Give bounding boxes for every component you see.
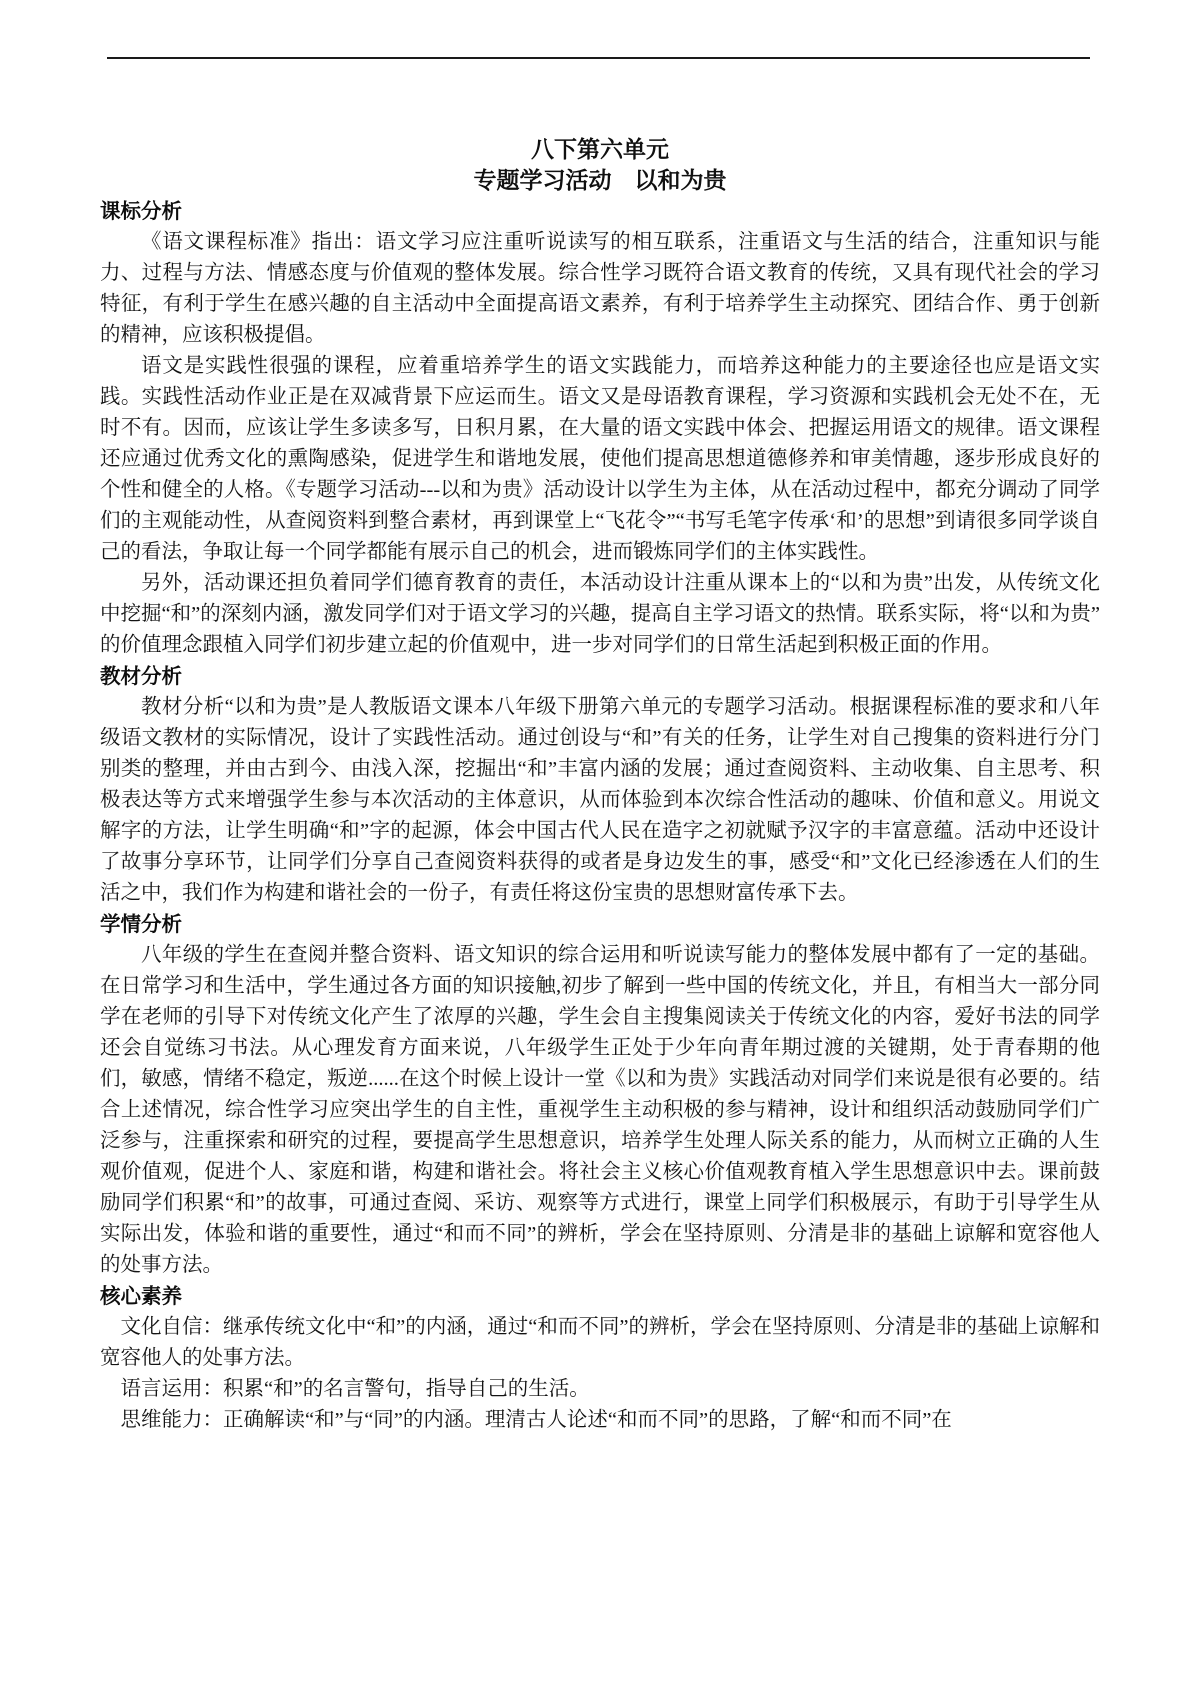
paragraph: 另外，活动课还担负着同学们德育教育的责任，本活动设计注重从课本上的“以和为贵”出…: [100, 568, 1100, 661]
core-literacy-item-cultural-confidence: 文化自信：继承传统文化中“和”的内涵，通过“和而不同”的辨析，学会在坚持原则、分…: [100, 1312, 1100, 1374]
document-subtitle: 专题学习活动 以和为贵: [100, 165, 1100, 196]
paragraph: 语文是实践性很强的课程，应着重培养学生的语文实践能力，而培养这种能力的主要途径也…: [100, 351, 1100, 568]
document-page: 八下第六单元 专题学习活动 以和为贵 课标分析 《语文课程标准》指出：语文学习应…: [0, 0, 1200, 1696]
section-heading-textbook-analysis: 教材分析: [100, 661, 1100, 692]
section-heading-core-literacy: 核心素养: [100, 1281, 1100, 1312]
paragraph: 教材分析“以和为贵”是人教版语文课本八年级下册第六单元的专题学习活动。根据课程标…: [100, 692, 1100, 909]
header-divider-rule: [107, 57, 1090, 59]
document-content: 八下第六单元 专题学习活动 以和为贵 课标分析 《语文课程标准》指出：语文学习应…: [100, 134, 1100, 1436]
core-literacy-item-thinking-ability: 思维能力：正确解读“和”与“同”的内涵。理清古人论述“和而不同”的思路，了解“和…: [100, 1405, 1100, 1436]
section-heading-learner-analysis: 学情分析: [100, 909, 1100, 940]
paragraph: 八年级的学生在查阅并整合资料、语文知识的综合运用和听说读写能力的整体发展中都有了…: [100, 940, 1100, 1281]
document-title: 八下第六单元: [100, 134, 1100, 165]
section-heading-curriculum-analysis: 课标分析: [100, 196, 1100, 227]
core-literacy-item-language-use: 语言运用：积累“和”的名言警句，指导自己的生活。: [100, 1374, 1100, 1405]
paragraph: 《语文课程标准》指出：语文学习应注重听说读写的相互联系，注重语文与生活的结合，注…: [100, 227, 1100, 351]
